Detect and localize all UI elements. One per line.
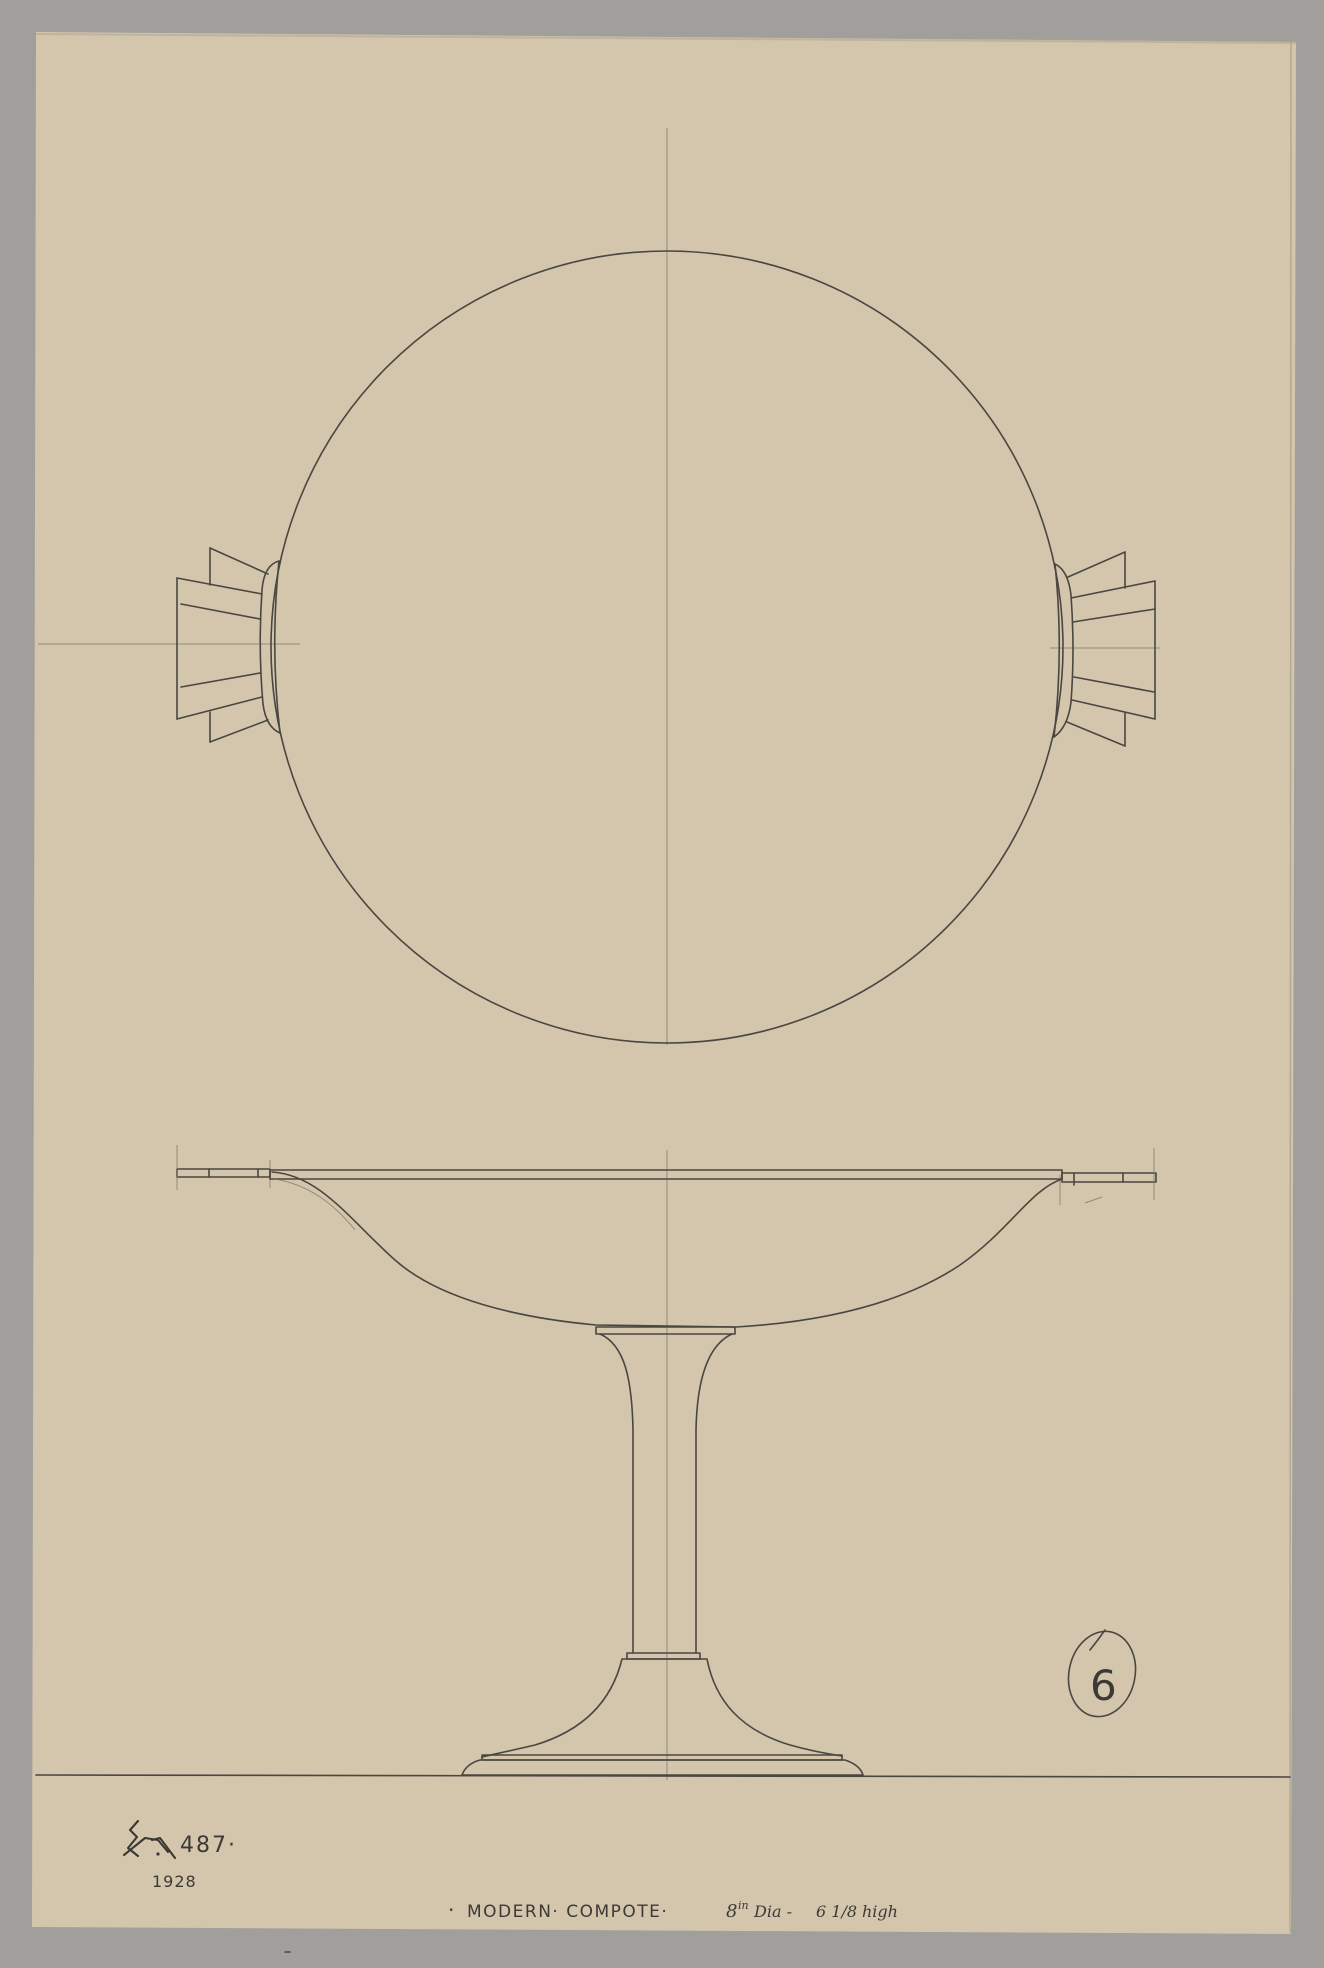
design-number: 487· (180, 1833, 237, 1858)
caption-diameter-unit: in (738, 1899, 749, 1912)
caption-title: MODERN· COMPOTE· (467, 1902, 668, 1922)
drawing-sheet: 6 487· 1928 · MODERN· COMPOTE· 8 in Dia … (0, 0, 1324, 1968)
sheet-number: 6 (1090, 1661, 1117, 1710)
paper-sheet (32, 32, 1296, 1934)
drawing-year: 1928 (152, 1872, 197, 1891)
caption-height-label: high (862, 1902, 898, 1921)
caption-bullet: · (448, 1898, 454, 1922)
caption-diameter: 8 (726, 1901, 737, 1922)
caption-diameter-label: Dia - (753, 1902, 792, 1921)
caption-height: 6 1/8 (816, 1902, 857, 1921)
